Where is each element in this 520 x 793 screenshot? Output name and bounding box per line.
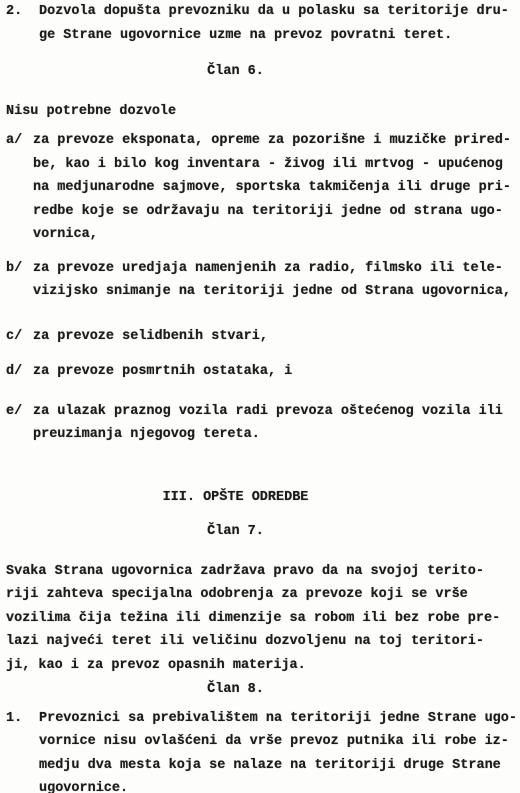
item-marker: 1.	[6, 707, 39, 731]
item-marker: e/	[6, 400, 33, 424]
item-text: za prevoze posmrtnih ostataka, i	[33, 360, 520, 384]
item-text: Dozvola dopušta prevozniku da u polasku …	[39, 0, 520, 47]
article-heading-clan-8: Član 8.	[6, 678, 520, 702]
item-text: za prevoze eksponata, opreme za pozorišn…	[33, 129, 520, 247]
item-marker: a/	[6, 129, 33, 153]
item-marker: b/	[6, 257, 33, 281]
paragraph-nisu-potrebne-dozvole: Nisu potrebne dozvole	[6, 100, 520, 124]
item-text: za ulazak praznog vozila radi prevoza oš…	[33, 400, 520, 447]
numbered-item-2: 2. Dozvola dopušta prevozniku da u polas…	[6, 0, 520, 47]
lettered-item-c: c/ za prevoze selidbenih stvari,	[6, 325, 520, 349]
numbered-item-1: 1. Prevoznici sa prebivalištem na terito…	[6, 707, 520, 793]
article-heading-clan-7: Član 7.	[6, 520, 520, 544]
article-heading-clan-6: Član 6.	[6, 60, 520, 84]
item-text: za prevoze uredjaja namenjenih za radio,…	[33, 257, 520, 304]
scanned-document-page: 2. Dozvola dopušta prevozniku da u polas…	[0, 0, 520, 793]
item-text: Prevoznici sa prebivalištem na teritorij…	[39, 707, 520, 793]
lettered-item-a: a/ za prevoze eksponata, opreme za pozor…	[6, 129, 520, 247]
item-marker: d/	[6, 360, 33, 384]
lettered-item-d: d/ za prevoze posmrtnih ostataka, i	[6, 360, 520, 384]
item-marker: 2.	[6, 0, 39, 24]
lettered-item-b: b/ za prevoze uredjaja namenjenih za rad…	[6, 257, 520, 304]
paragraph-clan-7-body: Svaka Strana ugovornica zadržava pravo d…	[6, 560, 520, 678]
lettered-item-e: e/ za ulazak praznog vozila radi prevoza…	[6, 400, 520, 447]
section-heading-opste-odredbe: III. OPŠTE ODREDBE	[6, 486, 520, 510]
item-text: za prevoze selidbenih stvari,	[33, 325, 520, 349]
item-marker: c/	[6, 325, 33, 349]
